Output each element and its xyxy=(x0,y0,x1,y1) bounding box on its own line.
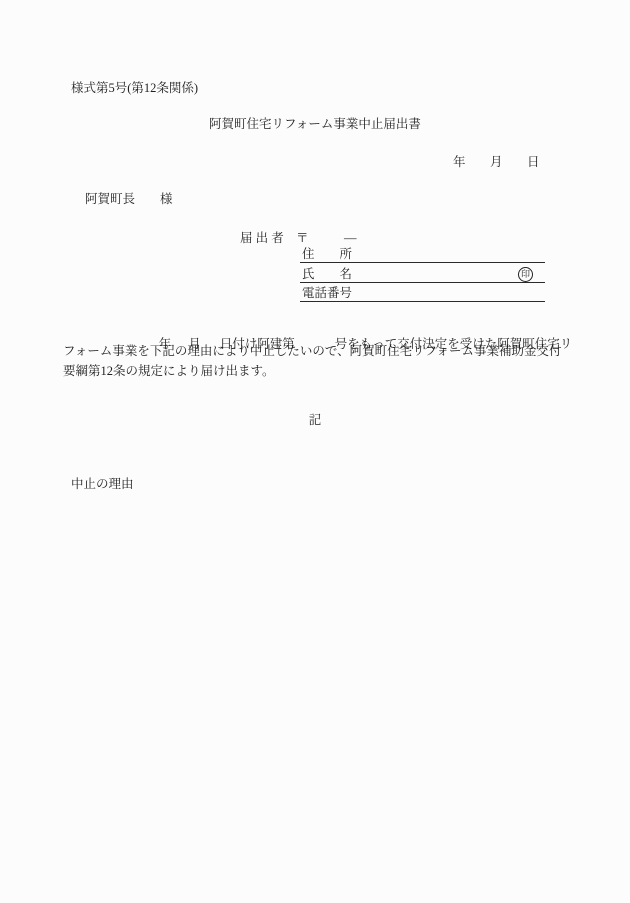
phone-field: 電話番号 xyxy=(300,285,545,302)
document-page: 様式第5号(第12条関係) 阿賀町住宅リフォーム事業中止届出書 年 月 日 阿賀… xyxy=(0,0,630,903)
postal-code-separator: ― xyxy=(344,231,357,245)
date-year-label: 年 xyxy=(453,155,466,169)
name-field-label: 氏 名 xyxy=(302,267,352,281)
postal-mark-icon: 〒 xyxy=(296,231,309,245)
phone-field-label: 電話番号 xyxy=(302,286,352,300)
date-day-label: 日 xyxy=(527,155,540,169)
document-title: 阿賀町住宅リフォーム事業中止届出書 xyxy=(0,117,630,131)
name-field: 氏 名 印 xyxy=(300,266,545,283)
record-marker: 記 xyxy=(0,413,630,427)
cancellation-reason-label: 中止の理由 xyxy=(71,477,134,491)
address-field: 住 所 xyxy=(300,246,545,263)
body-line-2: フォーム事業を下記の理由により中止したいので、阿賀町住宅リフォーム事業補助金交付 xyxy=(63,344,562,358)
seal-stamp-icon: 印 xyxy=(518,267,533,282)
addressee: 阿賀町長 様 xyxy=(85,192,173,206)
applicant-label: 届 出 者 xyxy=(240,231,284,245)
form-style-number: 様式第5号(第12条関係) xyxy=(71,81,198,95)
address-field-label: 住 所 xyxy=(302,247,352,261)
date-month-label: 月 xyxy=(490,155,503,169)
body-line-3: 要綱第12条の規定により届け出ます。 xyxy=(63,364,275,378)
